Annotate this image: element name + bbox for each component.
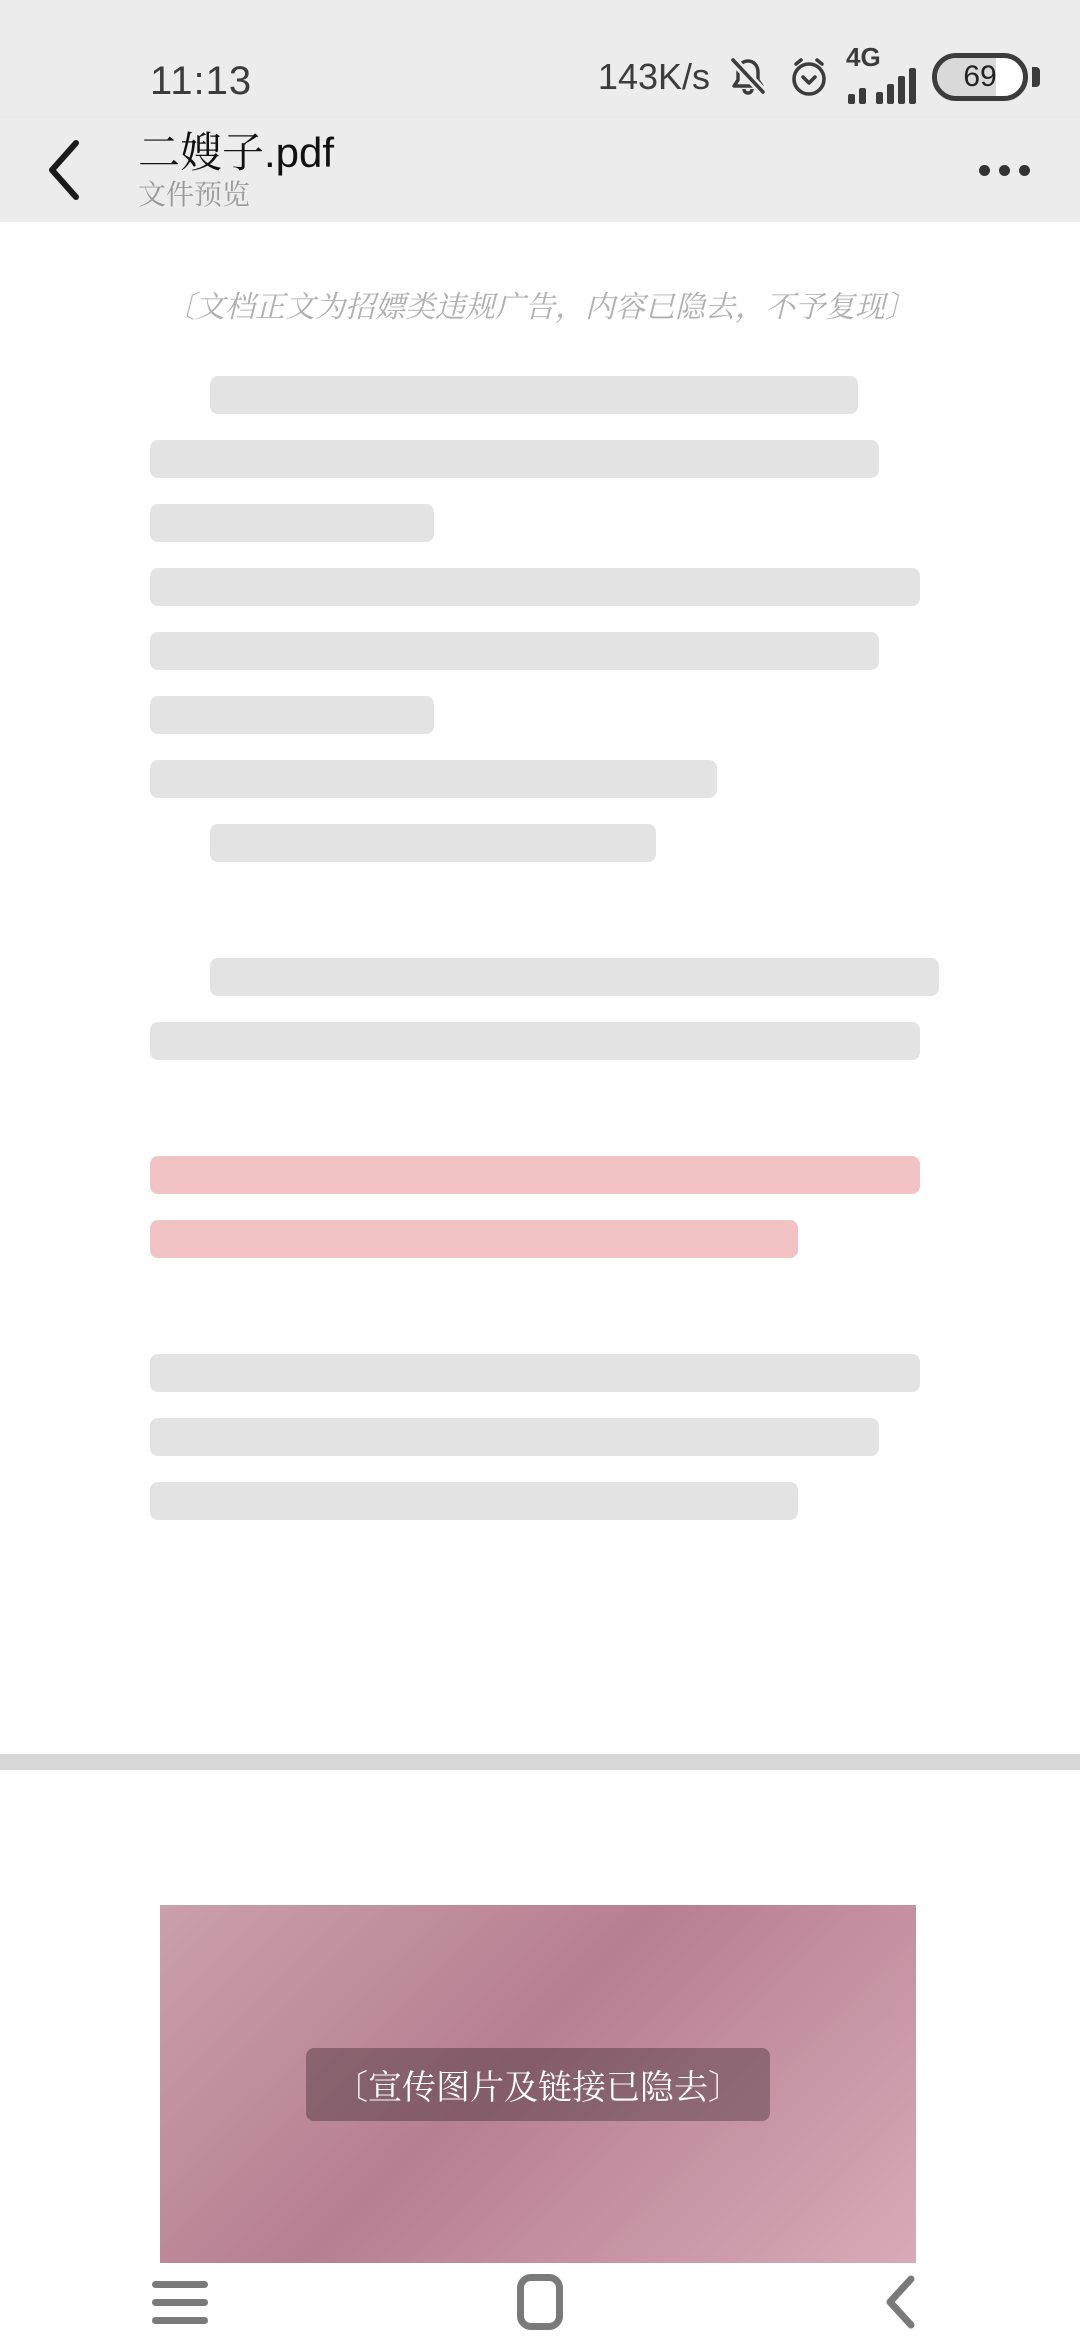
redacted-line-red — [150, 1220, 798, 1258]
back-button[interactable] — [44, 130, 104, 210]
more-options-button[interactable] — [973, 145, 1036, 196]
network-speed: 143K/s — [598, 56, 710, 98]
redacted-line — [150, 568, 920, 606]
clock-time: 11:13 — [150, 59, 252, 104]
blank-line — [150, 888, 960, 932]
home-button[interactable] — [460, 2267, 620, 2337]
blank-line — [150, 1284, 960, 1328]
redacted-text-block — [0, 356, 1080, 1520]
chevron-left-icon — [44, 137, 84, 203]
image-redaction-label: 〔宣传图片及链接已隐去〕 — [306, 2048, 770, 2121]
chevron-left-icon — [883, 2274, 917, 2330]
redacted-line — [150, 1022, 920, 1060]
file-title: 二嫂子.pdf — [138, 129, 334, 177]
redacted-line — [150, 1482, 798, 1520]
page-separator — [0, 1754, 1080, 1770]
mute-vibrate-icon — [726, 55, 770, 99]
redacted-line-red — [150, 1156, 920, 1194]
redacted-line — [150, 760, 717, 798]
status-bar: 11:13 143K/s 4G — [0, 0, 1080, 118]
battery-icon: 69 — [932, 53, 1040, 101]
redaction-notice: 〔文档正文为招嫖类违规广告，内容已隐去，不予复现〕 — [90, 282, 990, 326]
phone-screen: 11:13 143K/s 4G — [0, 0, 1080, 2340]
android-nav-bar — [0, 2264, 1080, 2340]
recents-button[interactable] — [100, 2267, 260, 2337]
redacted-line — [150, 696, 434, 734]
nav-back-button[interactable] — [820, 2267, 980, 2337]
redacted-line — [150, 1354, 920, 1392]
redacted-line — [150, 504, 434, 542]
ellipsis-icon — [979, 165, 990, 176]
redacted-line — [150, 440, 879, 478]
cellular-signal-icon: 4G — [848, 50, 916, 104]
blank-line — [150, 1086, 960, 1130]
file-subtitle: 文件预览 — [138, 179, 334, 211]
redacted-line — [150, 1418, 879, 1456]
signal-bars-secondary — [848, 88, 866, 104]
alarm-clock-icon — [786, 54, 832, 100]
title-block: 二嫂子.pdf 文件预览 — [138, 129, 334, 211]
redacted-line — [210, 376, 858, 414]
menu-icon — [152, 2281, 208, 2324]
pdf-page[interactable]: 〔文档正文为招嫖类违规广告，内容已隐去，不予复现〕 — [0, 222, 1080, 1754]
home-icon — [517, 2274, 563, 2330]
redacted-line — [210, 824, 656, 862]
redacted-line — [210, 958, 939, 996]
signal-bars-primary — [876, 68, 916, 104]
network-type-label: 4G — [846, 42, 881, 73]
pdf-page-2[interactable]: 〔宣传图片及链接已隐去〕 — [0, 1770, 1080, 2264]
file-preview-header: 二嫂子.pdf 文件预览 — [0, 118, 1080, 222]
redacted-line — [150, 632, 879, 670]
battery-percent: 69 — [963, 60, 996, 94]
redacted-promo-image: 〔宣传图片及链接已隐去〕 — [160, 1905, 916, 2263]
